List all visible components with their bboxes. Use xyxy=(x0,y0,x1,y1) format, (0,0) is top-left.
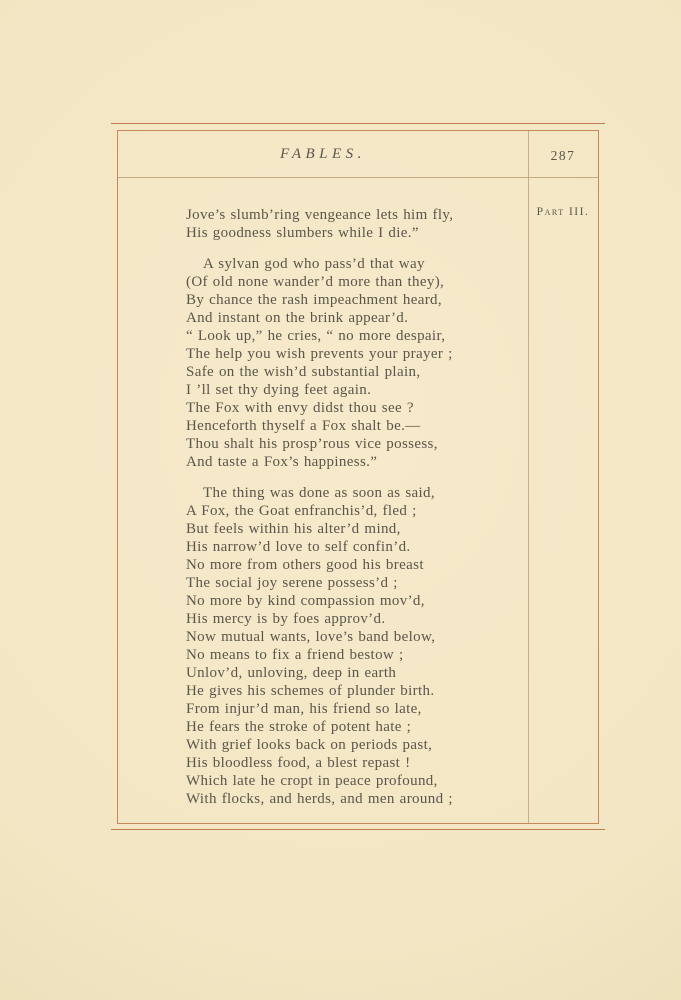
running-title: FABLES. xyxy=(118,146,528,163)
poem-line: No more by kind compassion mov’d, xyxy=(186,592,524,610)
column-divider xyxy=(528,131,529,823)
poem-line: Which late he cropt in peace profound, xyxy=(186,772,524,790)
poem-line: A Fox, the Goat enfranchis’d, fled ; xyxy=(186,502,524,520)
poem-line: With flocks, and herds, and men around ; xyxy=(186,790,524,808)
margin-note-part: Part III. xyxy=(528,206,598,218)
poem-line: From injur’d man, his friend so late, xyxy=(186,700,524,718)
top-outer-rule xyxy=(111,123,605,124)
poem-line: A sylvan god who pass’d that way xyxy=(186,255,524,273)
poem-line: And instant on the brink appear’d. xyxy=(186,309,524,327)
poem-line: Thou shalt his prosp’rous vice possess, xyxy=(186,435,524,453)
poem-line: Unlov’d, unloving, deep in earth xyxy=(186,664,524,682)
poem-line: Henceforth thyself a Fox shalt be.— xyxy=(186,417,524,435)
poem-line: Safe on the wish’d substantial plain, xyxy=(186,363,524,381)
poem-line: The Fox with envy didst thou see ? xyxy=(186,399,524,417)
poem: Jove’s slumb’ring vengeance lets him fly… xyxy=(186,206,524,808)
header-rule xyxy=(118,177,598,178)
poem-line: But feels within his alter’d mind, xyxy=(186,520,524,538)
poem-line: And taste a Fox’s happiness.” xyxy=(186,453,524,471)
page-number: 287 xyxy=(528,148,598,164)
poem-line: I ’ll set thy dying feet again. xyxy=(186,381,524,399)
poem-line: “ Look up,” he cries, “ no more despair, xyxy=(186,327,524,345)
poem-line: Jove’s slumb’ring vengeance lets him fly… xyxy=(186,206,524,224)
poem-line: His goodness slumbers while I die.” xyxy=(186,224,524,242)
poem-line: The thing was done as soon as said, xyxy=(186,484,524,502)
stanza: The thing was done as soon as said,A Fox… xyxy=(186,484,524,808)
book-page: FABLES. 287 Part III. Jove’s slumb’ring … xyxy=(0,0,681,1000)
stanza: A sylvan god who pass’d that way(Of old … xyxy=(186,255,524,471)
bottom-outer-rule xyxy=(111,829,605,830)
poem-line: No more from others good his breast xyxy=(186,556,524,574)
poem-line: The help you wish prevents your prayer ; xyxy=(186,345,524,363)
scanned-book-page: { "header": { "title": "FABLES.", "page_… xyxy=(0,0,681,1000)
poem-line: Now mutual wants, love’s band below, xyxy=(186,628,524,646)
poem-line: No means to fix a friend bestow ; xyxy=(186,646,524,664)
poem-line: (Of old none wander’d more than they), xyxy=(186,273,524,291)
poem-line: The social joy serene possess’d ; xyxy=(186,574,524,592)
poem-line: His bloodless food, a blest repast ! xyxy=(186,754,524,772)
poem-line: His mercy is by foes approv’d. xyxy=(186,610,524,628)
poem-line: By chance the rash impeachment heard, xyxy=(186,291,524,309)
stanza: Jove’s slumb’ring vengeance lets him fly… xyxy=(186,206,524,242)
poem-line: He fears the stroke of potent hate ; xyxy=(186,718,524,736)
poem-line: His narrow’d love to self confin’d. xyxy=(186,538,524,556)
poem-line: He gives his schemes of plunder birth. xyxy=(186,682,524,700)
poem-line: With grief looks back on periods past, xyxy=(186,736,524,754)
page-frame: FABLES. 287 Part III. Jove’s slumb’ring … xyxy=(117,130,599,824)
